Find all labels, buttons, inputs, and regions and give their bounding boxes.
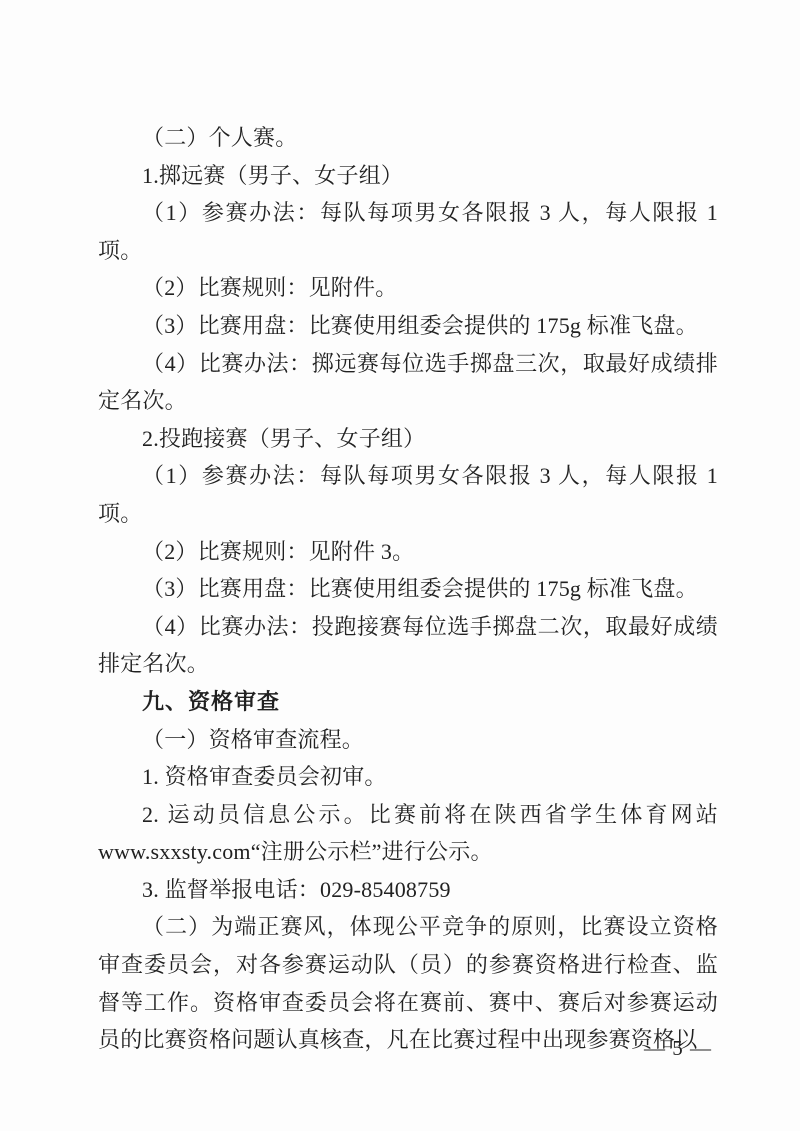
paragraph: （一）资格审查流程。: [98, 721, 718, 759]
paragraph: 3. 监督举报电话：029-85408759: [98, 871, 718, 909]
paragraph: （二）个人赛。: [98, 119, 718, 157]
paragraph: （1）参赛办法：每队每项男女各限报 3 人，每人限报 1 项。: [98, 457, 718, 532]
page-footer: — 5 —: [98, 1036, 712, 1061]
paragraph: （2）比赛规则：见附件。: [98, 269, 718, 307]
section-heading: 九、资格审查: [98, 683, 718, 721]
paragraph: （3）比赛用盘：比赛使用组委会提供的 175g 标准飞盘。: [98, 570, 718, 608]
paragraph: 1. 资格审查委员会初审。: [98, 758, 718, 796]
paragraph: 2. 运动员信息公示。比赛前将在陕西省学生体育网站www.sxxsty.com“…: [98, 796, 718, 871]
paragraph: （4）比赛办法：投跑接赛每位选手掷盘二次，取最好成绩排定名次。: [98, 608, 718, 683]
paragraph: 1.掷远赛（男子、女子组）: [98, 157, 718, 195]
paragraph: 2.投跑接赛（男子、女子组）: [98, 420, 718, 458]
paragraph: （3）比赛用盘：比赛使用组委会提供的 175g 标准飞盘。: [98, 307, 718, 345]
paragraph: （2）比赛规则：见附件 3。: [98, 533, 718, 571]
paragraph: （1）参赛办法：每队每项男女各限报 3 人，每人限报 1 项。: [98, 194, 718, 269]
paragraph: （4）比赛办法：掷远赛每位选手掷盘三次，取最好成绩排定名次。: [98, 345, 718, 420]
page-number: — 5 —: [644, 1036, 712, 1060]
document-page: （二）个人赛。1.掷远赛（男子、女子组）（1）参赛办法：每队每项男女各限报 3 …: [0, 0, 800, 1131]
document-body: （二）个人赛。1.掷远赛（男子、女子组）（1）参赛办法：每队每项男女各限报 3 …: [98, 119, 718, 1059]
